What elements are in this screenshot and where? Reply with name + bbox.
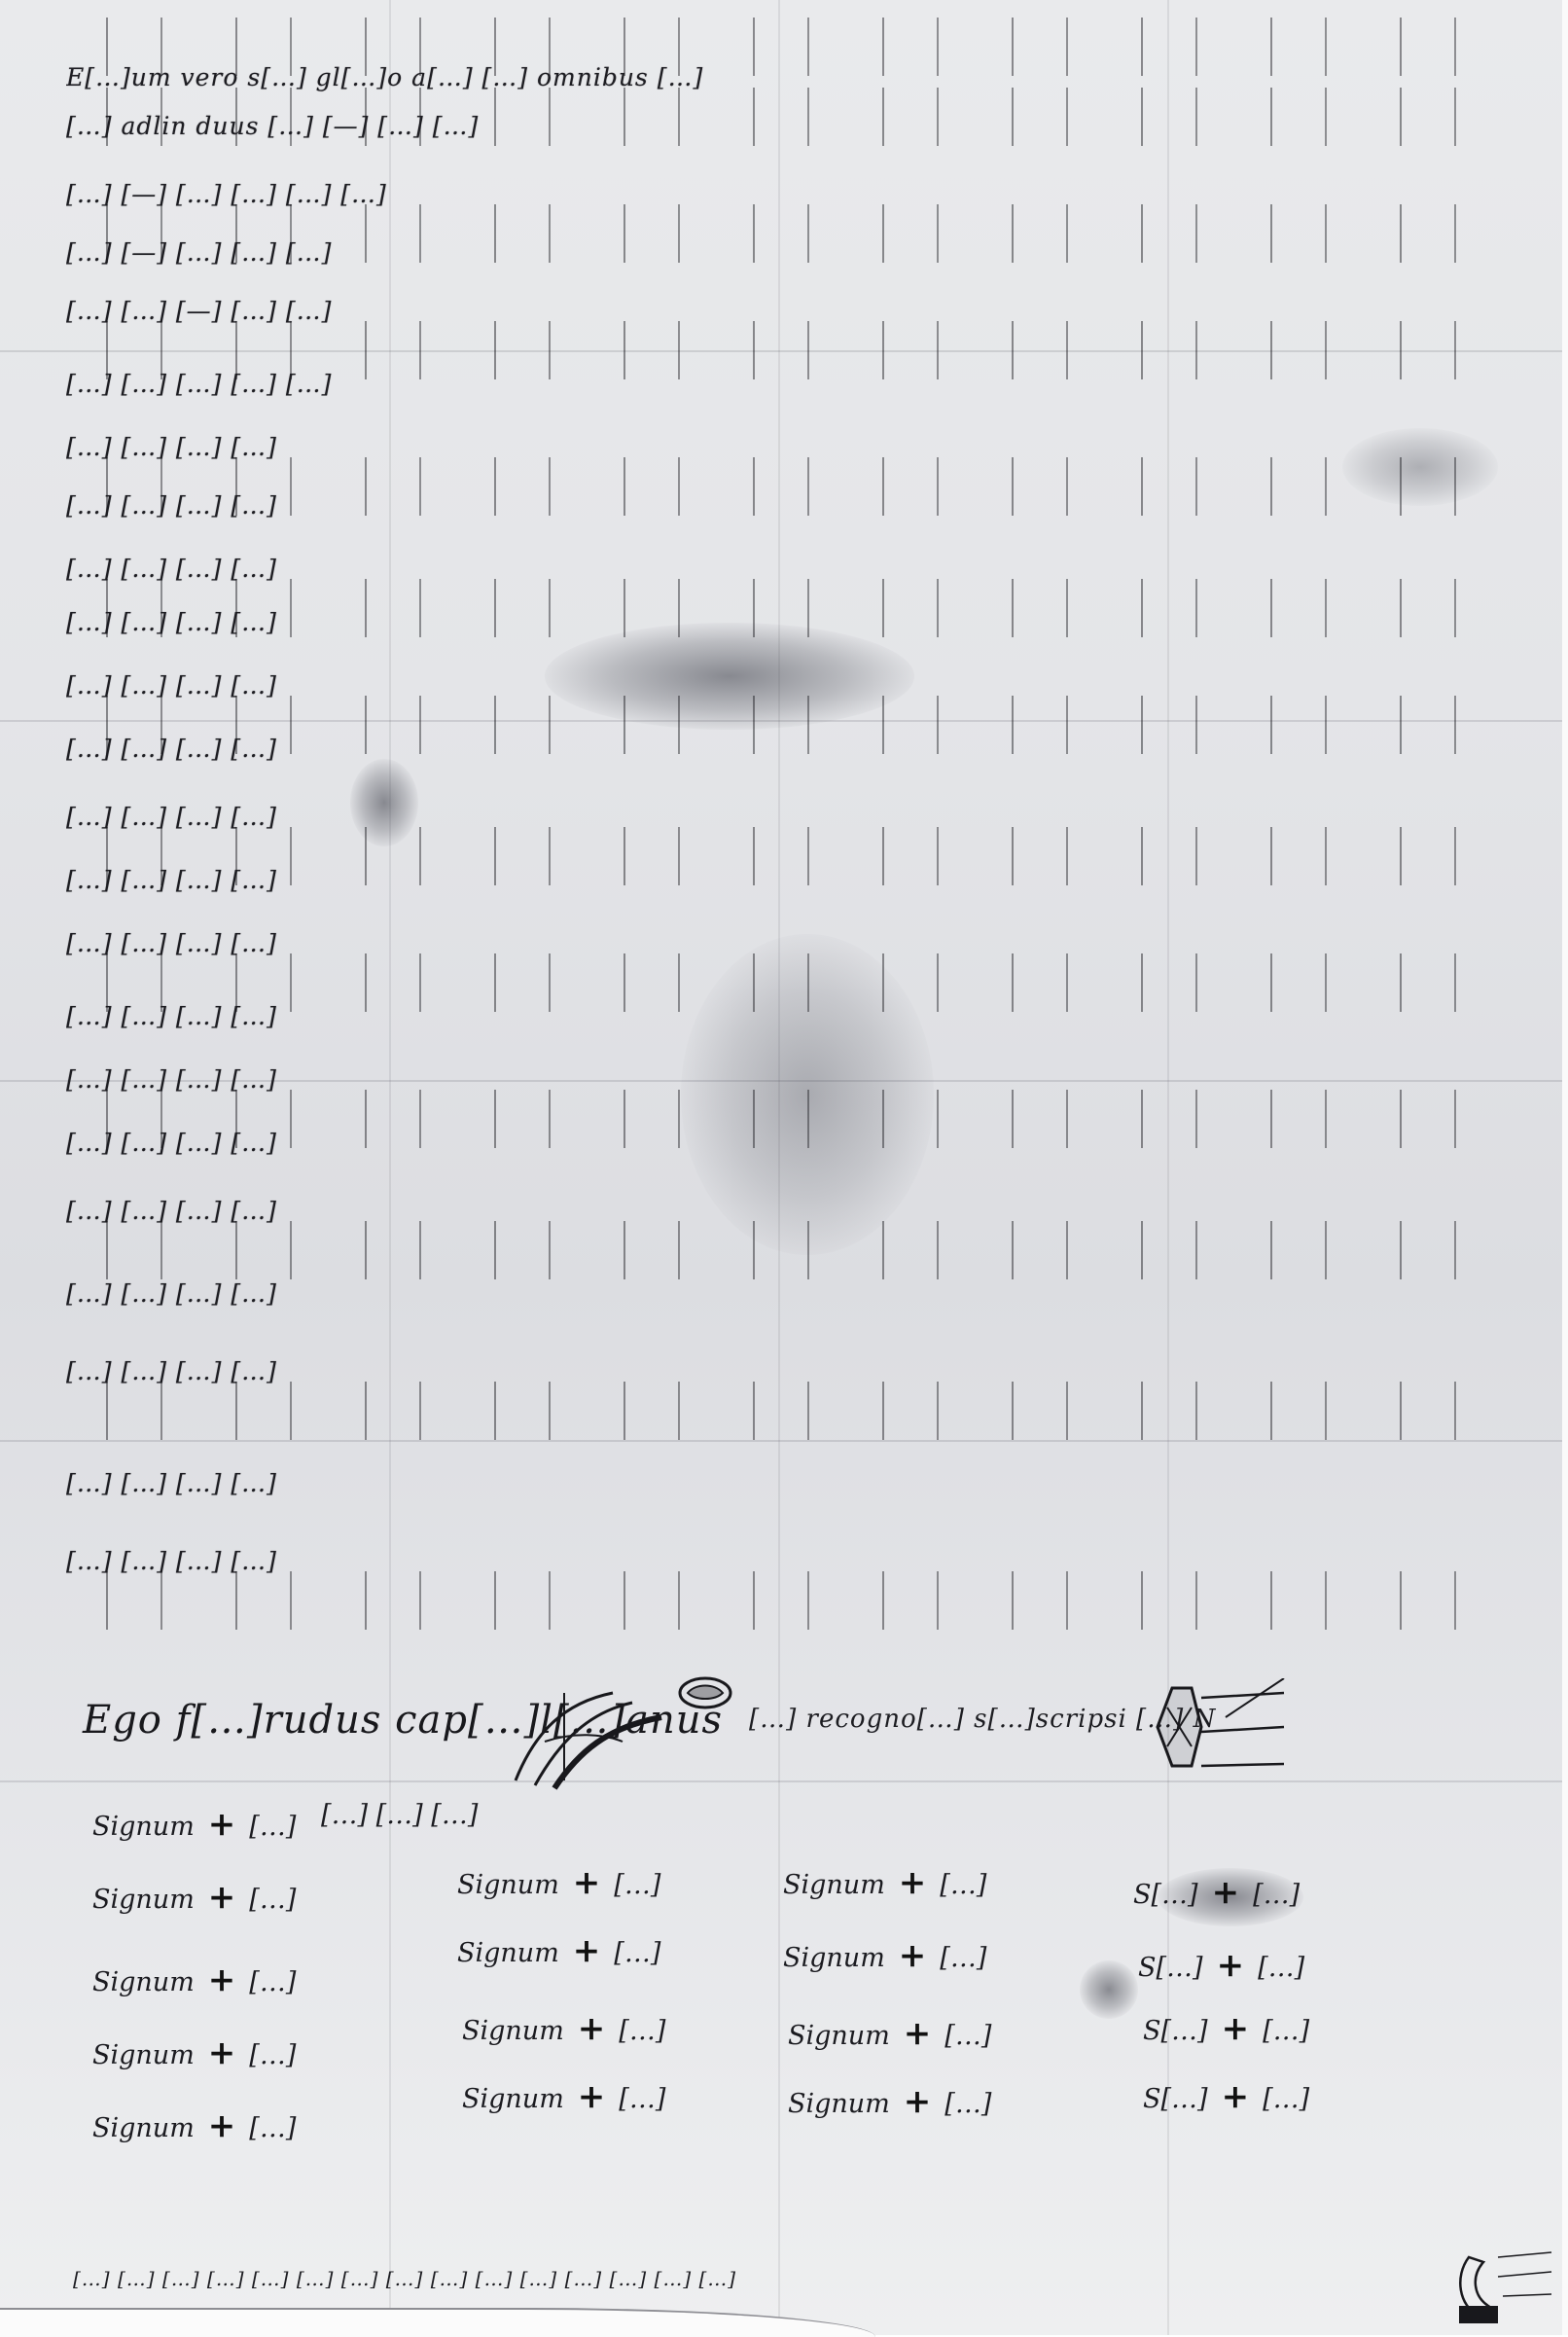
text-line: […] […] […] […]	[66, 866, 1506, 905]
witness-name: […]	[944, 2021, 991, 2051]
witness-entry: Signum+[…]	[92, 1960, 296, 1999]
text-line: […] […] […] […]	[66, 1129, 1506, 1168]
signum-word: Signum	[462, 2016, 564, 2046]
text-line: […] […] […] […]	[66, 735, 1506, 773]
monogram-icon	[506, 1673, 671, 1800]
witness-entry: Signum+[…]	[462, 2009, 665, 2048]
cross-icon: +	[208, 1878, 236, 1917]
cross-icon: +	[904, 2014, 932, 2053]
signum-word: Signum	[788, 2021, 890, 2051]
fold-line	[0, 1780, 1568, 1782]
ink-blot	[1080, 1960, 1138, 2019]
torn-edge	[0, 2308, 875, 2335]
text-line: […] […] […] […]	[66, 1002, 1506, 1041]
dating-clause: […] […] […] […] […] […] […] […] […] […] …	[73, 2267, 1483, 2290]
signum-word: Signum	[457, 1938, 559, 1968]
cross-icon: +	[208, 1805, 236, 1844]
cross-icon: +	[1212, 1873, 1240, 1912]
witness-name: […]	[249, 2113, 296, 2143]
witness-entry: Signum+[…]	[788, 2082, 991, 2121]
text-line: […] […] […] […]	[66, 608, 1506, 647]
charter-sheet: E[…]um vero s[…] gl[…]o a[…] […] omnibus…	[0, 0, 1568, 2335]
witness-name: […]	[619, 2084, 665, 2114]
witness-entry: Signum+[…]	[783, 1936, 986, 1975]
witness-entry: Signum+[…]	[92, 1878, 296, 1917]
witness-name: […]	[1263, 2084, 1309, 2114]
witness-entry: Signum+[…]	[92, 1805, 296, 1844]
witness-entry: Signum+[…]	[457, 1931, 660, 1970]
notary-sign-icon	[1148, 1678, 1294, 1776]
witness-name: […]	[614, 1938, 660, 1968]
witness-name: […]	[249, 1967, 296, 1997]
cross-icon: +	[578, 2077, 606, 2116]
witness-name: […]	[249, 1812, 296, 1842]
witness-name: […]	[940, 1943, 986, 1973]
witness-entry: S[…]+[…]	[1143, 2077, 1309, 2116]
text-line: […] […] […] […]	[66, 491, 1506, 530]
sheet-edge	[1562, 0, 1568, 2335]
witness-name: […]	[1263, 2016, 1309, 2046]
signum-word: Signum	[92, 1885, 195, 1915]
witness-entry: Signum+[…]	[92, 2033, 296, 2072]
signum-word: Signum	[92, 2113, 195, 2143]
cross-icon: +	[1217, 1946, 1245, 1985]
witness-entry: Signum+[…]	[92, 2106, 296, 2145]
signum-word: Signum	[462, 2084, 564, 2114]
signum-word: Signum	[92, 1812, 195, 1842]
witness-name: […]	[619, 2016, 665, 2046]
recognition-line: […] recogno[…] s[…]scripsi […] N	[749, 1705, 1216, 1734]
cross-icon: +	[208, 2033, 236, 2072]
cross-icon: +	[904, 2082, 932, 2121]
text-line: […] [—] […] […] […]	[66, 238, 1506, 277]
cross-icon: +	[208, 1960, 236, 1999]
witness-entry: Signum+[…]	[788, 2014, 991, 2053]
witness-name: […]	[614, 1870, 660, 1900]
witness-entry: S[…]+[…]	[1133, 1873, 1300, 1912]
cross-icon: +	[578, 2009, 606, 2048]
text-line: […] […] […] […]	[66, 1469, 1506, 1508]
witness-name: […]	[944, 2089, 991, 2119]
witness-name: […]	[1258, 1953, 1304, 1983]
notary-mark-icon	[1449, 2247, 1556, 2335]
signum-word: Signum	[92, 1967, 195, 1997]
cross-icon: +	[1222, 2009, 1250, 2048]
ascender-strokes	[66, 1571, 1506, 1630]
witness-entry: Signum+[…]	[462, 2077, 665, 2116]
text-line: […] […] […] […]	[66, 1279, 1506, 1318]
signum-word: Signum	[457, 1870, 559, 1900]
cross-icon: +	[899, 1936, 927, 1975]
witness-name: […]	[1253, 1880, 1300, 1910]
cross-icon: +	[208, 2106, 236, 2145]
signum-word: Signum	[788, 2089, 890, 2119]
witness-entry: Signum+[…]	[783, 1863, 986, 1902]
signum-word: Signum	[783, 1943, 885, 1973]
signum-word: S[…]	[1143, 2016, 1208, 2046]
text-line: […] adlin duus […] [—] […] […]	[66, 112, 1506, 151]
signum-word: S[…]	[1138, 1953, 1203, 1983]
witness-entry: Signum+[…]	[457, 1863, 660, 1902]
cross-icon: +	[573, 1863, 601, 1902]
witness-name: […]	[249, 2040, 296, 2070]
witness-name: […]	[249, 1885, 296, 1915]
text-line: […] […] […] […] […]	[66, 370, 1506, 409]
cross-icon: +	[573, 1931, 601, 1970]
witness-name: […]	[940, 1870, 986, 1900]
witness-entry: S[…]+[…]	[1138, 1946, 1304, 1985]
fold-line	[0, 1440, 1568, 1442]
ascender-strokes	[66, 1221, 1506, 1279]
cross-icon: +	[899, 1863, 927, 1902]
seal-oval-icon	[676, 1673, 734, 1712]
signum-word: Signum	[92, 2040, 195, 2070]
signum-word: Signum	[783, 1870, 885, 1900]
signum-word: S[…]	[1143, 2084, 1208, 2114]
signum-word: S[…]	[1133, 1880, 1198, 1910]
witness-extra-note: […] […] […]	[321, 1800, 478, 1830]
cross-icon: +	[1222, 2077, 1250, 2116]
witness-entry: S[…]+[…]	[1143, 2009, 1309, 2048]
ascender-strokes	[66, 1382, 1506, 1440]
